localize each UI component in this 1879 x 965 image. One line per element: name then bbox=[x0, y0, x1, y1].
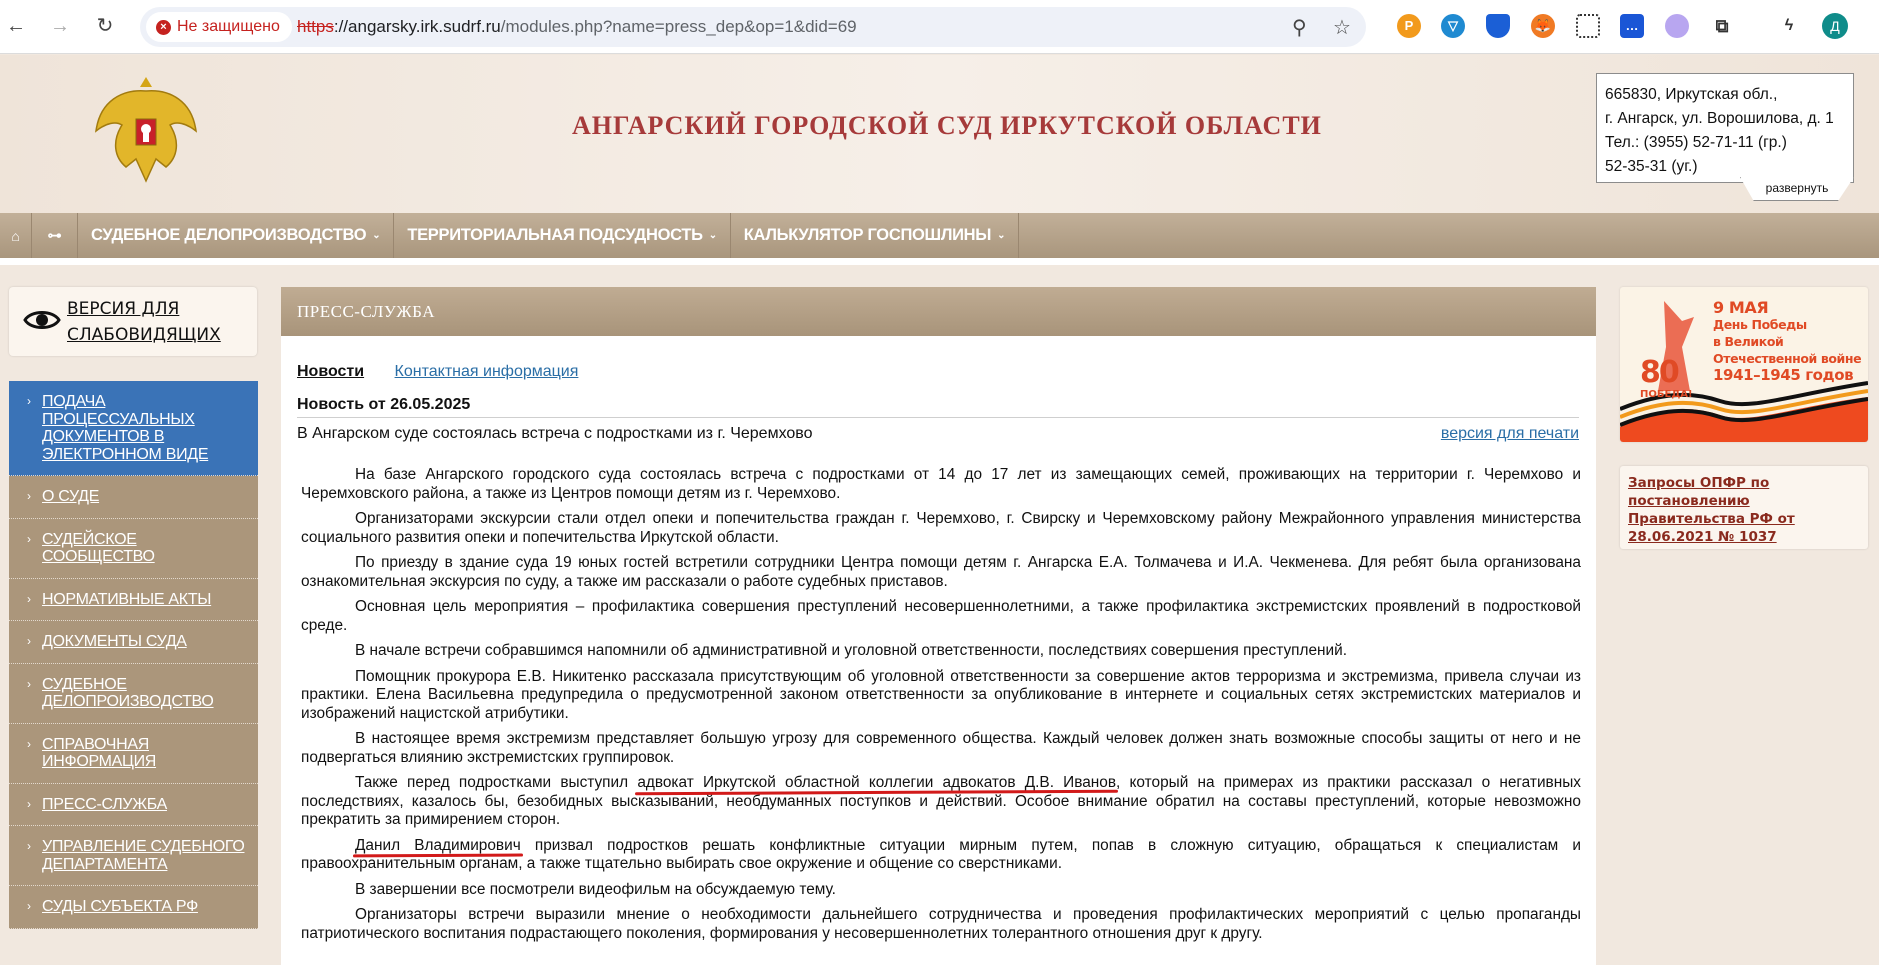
main-content: ПРЕСС-СЛУЖБА Новости Контактная информац… bbox=[281, 287, 1596, 965]
chevron-right-icon: › bbox=[27, 591, 31, 609]
sidebar-item-about-court[interactable]: ›О суде bbox=[9, 476, 258, 519]
article-body: На базе Ангарского городского суда состо… bbox=[301, 466, 1581, 950]
address-bar[interactable]: × Не защищено https://angarsky.irk.sudrf… bbox=[140, 7, 1366, 47]
url-text[interactable]: https://angarsky.irk.sudrf.ru/modules.ph… bbox=[297, 17, 857, 37]
article-paragraph: На базе Ангарского городского суда состо… bbox=[301, 466, 1581, 503]
sidebar-item-court-documents[interactable]: ›Документы суда bbox=[9, 621, 258, 664]
chevron-down-icon: ⌄ bbox=[997, 230, 1005, 241]
chevron-right-icon: › bbox=[27, 838, 31, 856]
ghost-extension-icon[interactable] bbox=[1665, 14, 1689, 38]
chevron-right-icon: › bbox=[27, 633, 31, 651]
news-date: Новость от 26.05.2025 bbox=[297, 396, 470, 414]
section-title: ПРЕСС-СЛУЖБА bbox=[297, 302, 435, 321]
victory-day-banner[interactable]: 80 ПОБЕДА! 9 МАЯ День Победы в Великой О… bbox=[1620, 287, 1868, 442]
puzzle-extensions-icon[interactable]: ⧉ bbox=[1710, 14, 1734, 38]
sidebar-item-regulations[interactable]: ›Нормативные акты bbox=[9, 579, 258, 622]
metamask-fox-icon[interactable]: 🦊 bbox=[1531, 14, 1555, 38]
shield-extension-icon[interactable] bbox=[1486, 14, 1510, 38]
topnav-item-fee-calculator[interactable]: Калькулятор госпошлины⌄ bbox=[731, 213, 1019, 258]
security-chip[interactable]: × Не защищено bbox=[146, 12, 292, 42]
chevron-down-icon: ⌄ bbox=[709, 230, 717, 241]
chat-extension-icon[interactable]: … bbox=[1620, 14, 1644, 38]
coat-of-arms-emblem bbox=[92, 71, 200, 189]
sidebar-item-judicial-department[interactable]: ›Управление судебного департамента bbox=[9, 826, 258, 886]
top-navigation: ⌂ ⊶ Судебное делопроизводство⌄ Территори… bbox=[0, 213, 1879, 258]
nav-divider bbox=[0, 258, 1879, 265]
article-paragraph: В настоящее время экстремизм представляе… bbox=[301, 730, 1581, 767]
sidebar-item-reference-info[interactable]: ›Справочная информация bbox=[9, 724, 258, 784]
site-header: АНГАРСКИЙ ГОРОДСКОЙ СУД ИРКУТСКОЙ ОБЛАСТ… bbox=[0, 55, 1879, 213]
article-paragraph: Основная цель мероприятия – профилактика… bbox=[301, 598, 1581, 635]
red-underline-annotation: Данил Владимирович bbox=[355, 837, 521, 854]
low-vision-version-link[interactable]: ВЕРСИЯ ДЛЯ СЛАБОВИДЯЩИХ bbox=[9, 287, 257, 356]
sidebar-item-regional-courts[interactable]: ›Суды субъекта РФ bbox=[9, 886, 258, 929]
browser-toolbar: ← → ↻ × Не защищено https://angarsky.irk… bbox=[0, 0, 1879, 54]
article-paragraph: По приезду в здание суда 19 юных гостей … bbox=[301, 554, 1581, 591]
article-paragraph: Организаторы встречи выразили мнение о н… bbox=[301, 906, 1581, 943]
chevron-right-icon: › bbox=[27, 796, 31, 814]
opfr-requests-link[interactable]: Запросы ОПФР по постановлению Правительс… bbox=[1628, 475, 1795, 545]
section-header: ПРЕСС-СЛУЖБА bbox=[281, 287, 1596, 336]
p-extension-icon[interactable]: P bbox=[1397, 14, 1421, 38]
home-icon[interactable]: ⌂ bbox=[0, 213, 32, 258]
tab-contact-info[interactable]: Контактная информация bbox=[395, 363, 579, 380]
sidebar-menu: ›Подача процессуальных документов в элек… bbox=[9, 381, 258, 929]
chevron-right-icon: › bbox=[27, 898, 31, 916]
topnav-item-court-proceedings[interactable]: Судебное делопроизводство⌄ bbox=[78, 213, 394, 258]
article-paragraph: Помощник прокурора Е.В. Никитенко расска… bbox=[301, 668, 1581, 724]
sitemap-icon[interactable]: ⊶ bbox=[32, 213, 78, 258]
sidebar-item-judges[interactable]: ›Судейское сообщество bbox=[9, 519, 258, 579]
article-paragraph: Также перед подростками выступил адвокат… bbox=[301, 774, 1581, 830]
chevron-right-icon: › bbox=[27, 393, 31, 411]
sidebar-item-press-service[interactable]: ›Пресс-служба bbox=[9, 784, 258, 827]
bookmark-star-icon[interactable]: ☆ bbox=[1333, 15, 1351, 40]
leaf-bolt-icon[interactable]: ϟ bbox=[1777, 14, 1801, 38]
contact-box: 665830, Иркутская обл., г. Ангарск, ул. … bbox=[1596, 73, 1854, 183]
chevron-right-icon: › bbox=[27, 488, 31, 506]
sidebar-item-proceedings[interactable]: ›Судебное делопроизводство bbox=[9, 664, 258, 724]
chevron-right-icon: › bbox=[27, 736, 31, 754]
sidebar-item-e-filing[interactable]: ›Подача процессуальных документов в элек… bbox=[9, 381, 258, 476]
chevron-down-icon: ⌄ bbox=[372, 230, 380, 241]
red-underline-annotation: адвокат Иркутской областной коллегии адв… bbox=[637, 774, 1116, 791]
expand-contacts-button[interactable]: развернуть bbox=[1740, 177, 1854, 201]
zoom-out-icon[interactable]: ⚲ bbox=[1292, 15, 1307, 40]
ton-icon[interactable]: ▽ bbox=[1441, 14, 1465, 38]
chevron-right-icon: › bbox=[27, 531, 31, 549]
back-button[interactable]: ← bbox=[4, 14, 28, 38]
profile-avatar[interactable]: Д bbox=[1822, 13, 1848, 39]
forward-button[interactable]: → bbox=[48, 14, 72, 38]
opfr-requests-box: Запросы ОПФР по постановлению Правительс… bbox=[1620, 466, 1868, 549]
security-label: Не защищено bbox=[177, 18, 280, 36]
article-paragraph: В начале встречи собравшимся напомнили о… bbox=[301, 642, 1581, 661]
qr-code-icon[interactable] bbox=[1576, 14, 1600, 38]
chevron-right-icon: › bbox=[27, 676, 31, 694]
warning-icon: × bbox=[156, 20, 171, 35]
article-paragraph: Данил Владимирович призвал подростков ре… bbox=[301, 837, 1581, 874]
article-paragraph: Организаторами экскурсии стали отдел опе… bbox=[301, 510, 1581, 547]
print-version-link[interactable]: версия для печати bbox=[1441, 425, 1579, 443]
topnav-item-jurisdiction[interactable]: Территориальная подсудность⌄ bbox=[394, 213, 730, 258]
divider bbox=[297, 417, 1579, 418]
news-title: В Ангарском суде состоялась встреча с по… bbox=[297, 425, 813, 443]
article-paragraph: В завершении все посмотрели видеофильм н… bbox=[301, 881, 1581, 900]
site-title: АНГАРСКИЙ ГОРОДСКОЙ СУД ИРКУТСКОЙ ОБЛАСТ… bbox=[572, 111, 1322, 141]
tab-news[interactable]: Новости bbox=[297, 363, 364, 380]
eye-icon bbox=[23, 307, 61, 333]
tabs: Новости Контактная информация bbox=[297, 363, 578, 381]
reload-button[interactable]: ↻ bbox=[93, 14, 117, 38]
banner-text: 9 МАЯ День Победы в Великой Отечественно… bbox=[1713, 299, 1861, 384]
